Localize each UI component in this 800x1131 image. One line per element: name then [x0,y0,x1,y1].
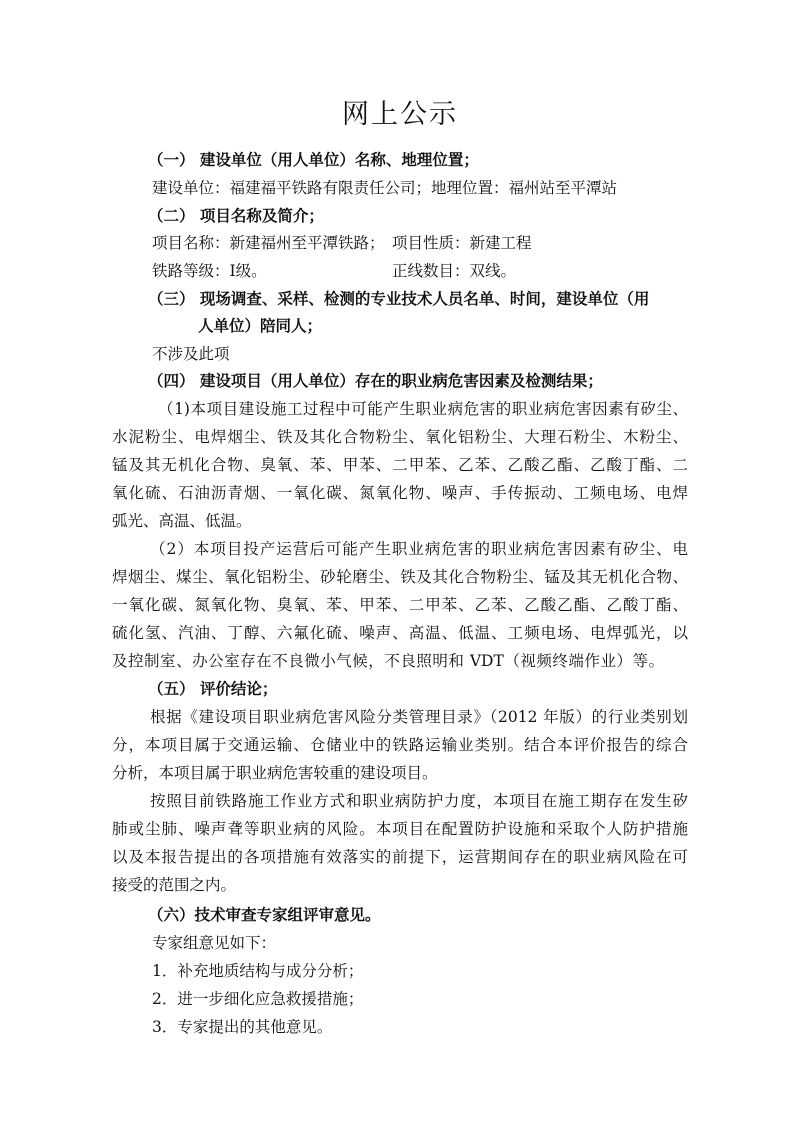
paragraph-line: 接受的范围之内。 [112,875,236,895]
page-title: 网上公示 [0,92,800,131]
section-5-heading: （五） 评价结论； [148,679,277,699]
expert-opinion-intro: 专家组意见如下： [152,933,276,953]
paragraph-line: 水泥粉尘、电焊烟尘、铁及其化合物粉尘、氧化铝粉尘、大理石粉尘、木粉尘、 [112,427,688,447]
paragraph-line: 按照目前铁路施工作业方式和职业病防护力度，本项目在施工期存在发生矽 [150,791,688,811]
paragraph-line: 肺或尘肺、噪声聋等职业病的风险。本项目在配置防护设施和采取个人防护措施 [112,819,688,839]
construction-unit-line: 建设单位：福建福平铁路有限责任公司；地理位置：福州站至平潭站 [152,178,617,198]
project-nature: 项目性质：新建工程 [392,233,532,253]
expert-opinion-item: 1．补充地质结构与成分分析； [152,961,363,981]
paragraph-line: （1)本项目建设施工过程中可能产生职业病危害的职业病危害因素有矽尘、 [158,399,688,419]
railway-grade: 铁路等级：Ⅰ级。 [152,261,267,281]
section-3-heading-cont: 人单位）陪同人； [198,316,322,336]
section-3-body: 不涉及此项 [152,344,230,364]
paragraph-line: 以及本报告提出的各项措施有效落实的前提下，运营期间存在的职业病风险在可 [112,847,688,867]
expert-opinion-item: 3．专家提出的其他意见。 [152,1017,332,1037]
paragraph-line: 硫化氢、汽油、丁醇、六氟化硫、噪声、高温、低温、工频电场、电焊弧光，以 [112,623,688,643]
paragraph-line: 及控制室、办公室存在不良微小气候，不良照明和 VDT（视频终端作业）等。 [112,651,664,671]
paragraph-line: 弧光、高温、低温。 [112,511,252,531]
project-name: 项目名称：新建福州至平潭铁路； [152,233,385,253]
paragraph-line: 锰及其无机化合物、臭氧、苯、甲苯、二甲苯、乙苯、乙酸乙酯、乙酸丁酯、二 [112,455,688,475]
section-1-heading: （一） 建设单位（用人单位）名称、地理位置； [148,150,479,170]
paragraph-line: 焊烟尘、煤尘、氧化铝粉尘、砂轮磨尘、铁及其化合物粉尘、锰及其无机化合物、 [112,567,688,587]
paragraph-line: 分析，本项目属于职业病危害较重的建设项目。 [112,763,438,783]
paragraph-line: 一氧化碳、氮氧化物、臭氧、苯、甲苯、二甲苯、乙苯、乙酸乙酯、乙酸丁酯、 [112,595,688,615]
section-4-heading: （四） 建设项目（用人单位）存在的职业病危害因素及检测结果； [148,371,603,391]
paragraph-line: 氧化硫、石油沥青烟、一氧化碳、氮氧化物、噪声、手传振动、工频电场、电焊 [112,483,688,503]
paragraph-line: （2）本项目投产运营后可能产生职业病危害的职业病危害因素有矽尘、电 [150,539,688,559]
document-page: 网上公示 （一） 建设单位（用人单位）名称、地理位置； 建设单位：福建福平铁路有… [0,0,800,1131]
expert-opinion-item: 2．进一步细化应急救援措施； [152,989,363,1009]
paragraph-line: 分，本项目属于交通运输、仓储业中的铁路运输业类别。结合本评价报告的综合 [112,735,688,755]
main-line-count: 正线数目：双线。 [392,261,516,281]
paragraph-line: 根据《建设项目职业病危害风险分类管理目录》（2012 年版）的行业类别划 [150,707,688,727]
section-2-heading: （二） 项目名称及简介； [148,206,324,226]
section-6-heading: （六）技术审查专家组评审意见。 [148,905,381,925]
section-3-heading: （三） 现场调查、采样、检测的专业技术人员名单、时间，建设单位（用 [148,289,649,309]
